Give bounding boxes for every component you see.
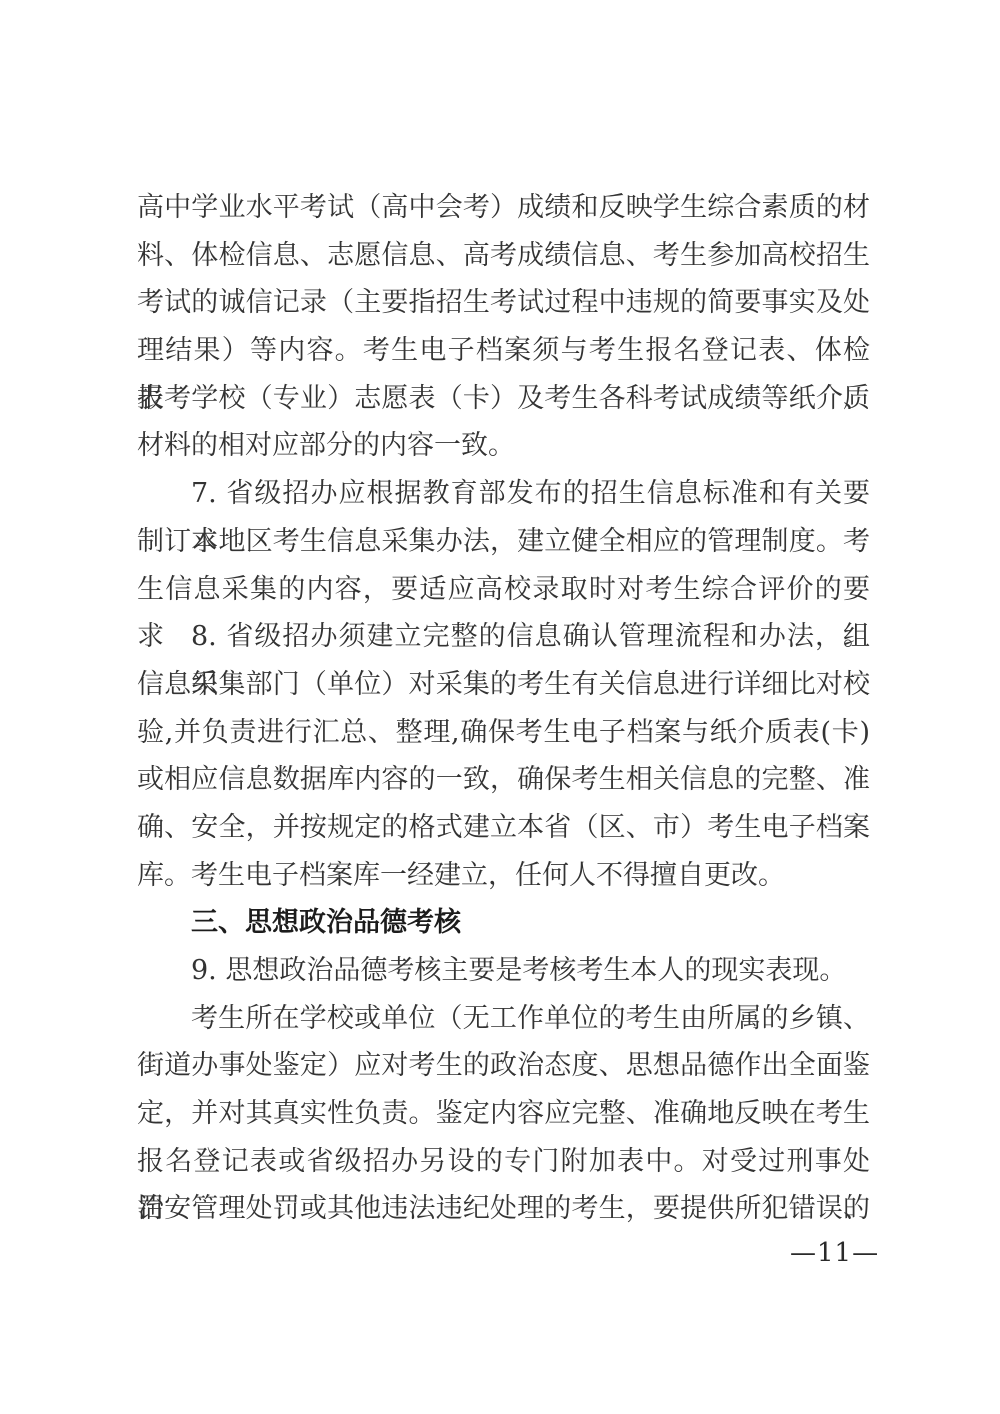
text-line: 定，并对其真实性负责。鉴定内容应完整、准确地反映在考生 (137, 1090, 870, 1138)
text-line: 7. 省级招办应根据教育部发布的招生信息标准和有关要求 (137, 470, 870, 518)
text-line: 9. 思想政治品德考核主要是考核考生本人的现实表现。 (137, 947, 870, 995)
text-line: 考生所在学校或单位（无工作单位的考生由所属的乡镇、 (137, 995, 870, 1043)
text-line: 材料的相对应部分的内容一致。 (137, 422, 870, 470)
page-number: —11— (790, 1238, 879, 1268)
text-line: 高中学业水平考试（高中会考）成绩和反映学生综合素质的材 (137, 184, 870, 232)
text-line: 街道办事处鉴定）应对考生的政治态度、思想品德作出全面鉴 (137, 1042, 870, 1090)
text-line: 信息采集部门（单位）对采集的考生有关信息进行详细比对校 (137, 661, 870, 709)
text-line: 治安管理处罚或其他违法违纪处理的考生，要提供所犯错误的 (137, 1185, 870, 1233)
text-line: 验,并负责进行汇总、整理,确保考生电子档案与纸介质表(卡) (137, 709, 870, 757)
text-line: 理结果）等内容。考生电子档案须与考生报名登记表、体检表、 (137, 327, 870, 375)
text-line: 料、体检信息、志愿信息、高考成绩信息、考生参加高校招生 (137, 232, 870, 280)
text-line: 报名登记表或省级招办另设的专门附加表中。对受过刑事处罚、 (137, 1138, 870, 1186)
document-body: 高中学业水平考试（高中会考）成绩和反映学生综合素质的材料、体检信息、志愿信息、高… (137, 184, 870, 1233)
text-line: 或相应信息数据库内容的一致，确保考生相关信息的完整、准 (137, 756, 870, 804)
text-line: 报考学校（专业）志愿表（卡）及考生各科考试成绩等纸介质 (137, 375, 870, 423)
text-line: 8. 省级招办须建立完整的信息确认管理流程和办法，组织 (137, 613, 870, 661)
text-line: 制订本地区考生信息采集办法，建立健全相应的管理制度。考 (137, 518, 870, 566)
text-line: 确、安全，并按规定的格式建立本省（区、市）考生电子档案 (137, 804, 870, 852)
document-page: 高中学业水平考试（高中会考）成绩和反映学生综合素质的材料、体检信息、志愿信息、高… (0, 0, 1000, 1414)
text-line: 考试的诚信记录（主要指招生考试过程中违规的简要事实及处 (137, 279, 870, 327)
text-line: 库。考生电子档案库一经建立，任何人不得擅自更改。 (137, 852, 870, 900)
text-line: 生信息采集的内容，要适应高校录取时对考生综合评价的要求。 (137, 566, 870, 614)
section-heading: 三、思想政治品德考核 (137, 899, 870, 947)
